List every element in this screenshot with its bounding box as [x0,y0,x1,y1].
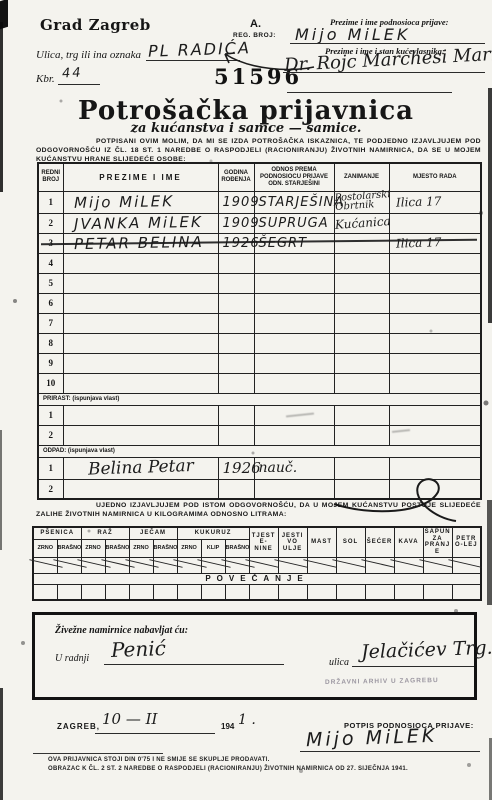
kbr-underline [58,84,100,85]
scan-edge-artifact [487,500,492,605]
supplies-sub-brasno: BRAŠNO [153,539,177,557]
supplies-group-kukuruz: KUKURUZ [177,527,249,539]
supplies-group-mast: MAST [307,527,336,557]
fine-print-form-reference: OBRAZAC K ČL. 2 ST. 2 NAREDBE O RASPODJE… [48,766,408,772]
workplace-handwritten: Ilica 17 [389,235,441,251]
relation-handwritten: SUPRUGA [259,216,329,231]
footer-rule [33,753,163,754]
odpad-section-label: ODPAD: (ispunjava vlast) [38,445,481,457]
prirast-row: 1 [38,405,481,425]
row-number: 2 [38,425,63,445]
reg-broj-label: REG. BROJ: [233,32,276,39]
document-page: Grad Zagreb Ulica, trg ili ina oznaka PL… [0,0,492,800]
relation-handwritten: STARJEŠINA [259,195,345,210]
birth-year-handwritten: 1926 [223,236,260,251]
supplies-group-petrolej: PETRO-LEJ [452,527,481,557]
city-title: Grad Zagreb [40,16,151,34]
row-number: 4 [38,253,63,273]
paper-speckles [0,0,2,2]
supplies-sub-brasno: BRAŠNO [105,539,129,557]
street-label: Ulica, trg ili ina oznaka [36,49,141,61]
supplies-sub-brasno: BRAŠNO [57,539,81,557]
odpad-year-handwritten: 1926 [223,459,261,477]
col-header-odnos: ODNOS PREMA PODNOSIOCU PRIJAVE ODN. STAR… [254,163,334,191]
kbr-value-handwritten: 44 [62,65,83,81]
row-number: 6 [38,293,63,313]
persons-table: REDNI BROJ PREZIME I IME GODINA ROĐENJA … [37,162,482,500]
col-header-mjesto-rada: MJESTO RADA [389,163,481,191]
archive-stamp: DRŽAVNI ARHIV U ZAGREBU [325,677,439,686]
person-row: 10 [38,373,481,393]
supplies-entry-cell [452,557,481,573]
col-header-zanimanje: ZANIMANJE [334,163,389,191]
shop-street-underline [352,666,474,667]
relation-handwritten: ŠEGRT [259,236,308,251]
supplies-group-jecam: JEČAM [129,527,177,539]
odpad-name-handwritten: Belina Petar [73,456,193,480]
signature-underline [300,751,480,752]
supplies-sub-zrno: ZRNO [33,539,57,557]
row-number: 1 [38,405,63,425]
row-number: 8 [38,333,63,353]
declaration-paragraph: POTPISANI OVIM MOLIM, DA MI SE IZDA POTR… [36,137,481,164]
row-number: 9 [38,353,63,373]
row-number: 1 [38,191,63,213]
person-row: 4 [38,253,481,273]
person-name-handwritten: JVANKA MiLEK [73,212,202,232]
form-subtitle: za kućanstva i samce — samice. [0,121,492,136]
purchase-intro-label: Živežne namirnice nabavljat ću: [55,625,188,636]
applicant-name-handwritten: Mijo MiLEK [295,25,410,44]
supplies-sub-zrno: ZRNO [129,539,153,557]
person-name-handwritten: Mijo MiLEK [73,192,173,212]
supplies-table: PŠENICA RAŽ JEČAM KUKURUZ TJESTE-NINE JE… [32,526,482,601]
birth-year-handwritten: 1909 [223,195,260,210]
purchase-box: Živežne namirnice nabavljat ću: U radnji… [32,612,477,700]
signature-handwritten: Mijo MiLEK [306,725,438,752]
shop-underline [104,664,284,665]
supplies-sub-brasno: BRAŠNO [225,539,249,557]
section-letter: A. [250,18,261,30]
col-header-prezime-ime: PREZIME I IME [63,163,218,191]
supplies-group-jestivo-ulje: JESTIVO ULJE [278,527,307,557]
workplace-handwritten: Ilica 17 [389,194,441,210]
shop-street-handwritten: Jelačićev Trg. [361,637,492,664]
date-handwritten: 10 — II [102,710,157,728]
supplies-entry-row [33,557,481,573]
occupation-handwritten: Postolarski Obrtnik [334,190,391,212]
povecanje-row-label: POVEČANJE [33,573,481,584]
supplies-group-psenica: PŠENICA [33,527,81,539]
prirast-section-label: PRIRAST: (ispunjava vlast) [38,393,481,405]
shop-label: U radnji [55,653,89,664]
row-number: 7 [38,313,63,333]
row-number: 2 [38,479,63,499]
person-row: 9 [38,353,481,373]
prirast-row: 2 [38,425,481,445]
year-digit-handwritten: 1 . [238,712,256,728]
shop-name-handwritten: Penić [111,636,167,662]
occupation-handwritten: Kućanica [334,217,390,230]
supplies-sub-zrno: ZRNO [81,539,105,557]
supplies-sub-klip: KLIP [201,539,225,557]
year-printed: 194 [221,722,234,731]
kbr-label: Kbr. [36,73,55,85]
blank-underline [287,92,452,93]
person-row: 8 [38,333,481,353]
scan-edge-artifact [0,430,2,550]
supplies-group-sapun: SAPUN ZA PRANJE [423,527,452,557]
supplies-declaration-paragraph: UJEDNO IZJAVLJUJEM POD ISTOM ODGOVORNOŠĆ… [36,501,481,519]
supplies-group-sol: SOL [336,527,365,557]
landlord-underline [283,72,485,73]
row-number: 5 [38,273,63,293]
supplies-group-tjestenine: TJESTE-NINE [249,527,278,557]
supplies-group-kava: KAVA [394,527,423,557]
odpad-note-handwritten: nauč. [259,460,298,476]
person-row: 6 [38,293,481,313]
person-row: 5 [38,273,481,293]
col-header-godina: GODINA ROĐENJA [218,163,254,191]
supplies-sub-zrno: ZRNO [177,539,201,557]
row-number: 10 [38,373,63,393]
birth-year-handwritten: 1909 [223,216,260,231]
ulica-label: ulica [329,657,349,668]
applicant-underline [290,43,485,44]
footer-place-label: ZAGREB, [57,722,100,731]
col-header-redni-broj: REDNI BROJ [38,163,63,191]
row-number: 1 [38,457,63,479]
row-number: 2 [38,213,63,233]
fine-print-price: OVA PRIJAVNICA STOJI DIN 0'75 I NE SMIJE… [48,757,270,763]
person-row: 2 JVANKA MiLEK 1909 SUPRUGA Kućanica [38,213,481,233]
supplies-group-secer: ŠEĆER [365,527,394,557]
scan-edge-artifact [0,688,3,800]
person-row: 7 [38,313,481,333]
person-row: 1 Mijo MiLEK 1909 STARJEŠINA Postolarski… [38,191,481,213]
supplies-empty-row [33,584,481,600]
supplies-group-raz: RAŽ [81,527,129,539]
date-underline [95,733,215,734]
